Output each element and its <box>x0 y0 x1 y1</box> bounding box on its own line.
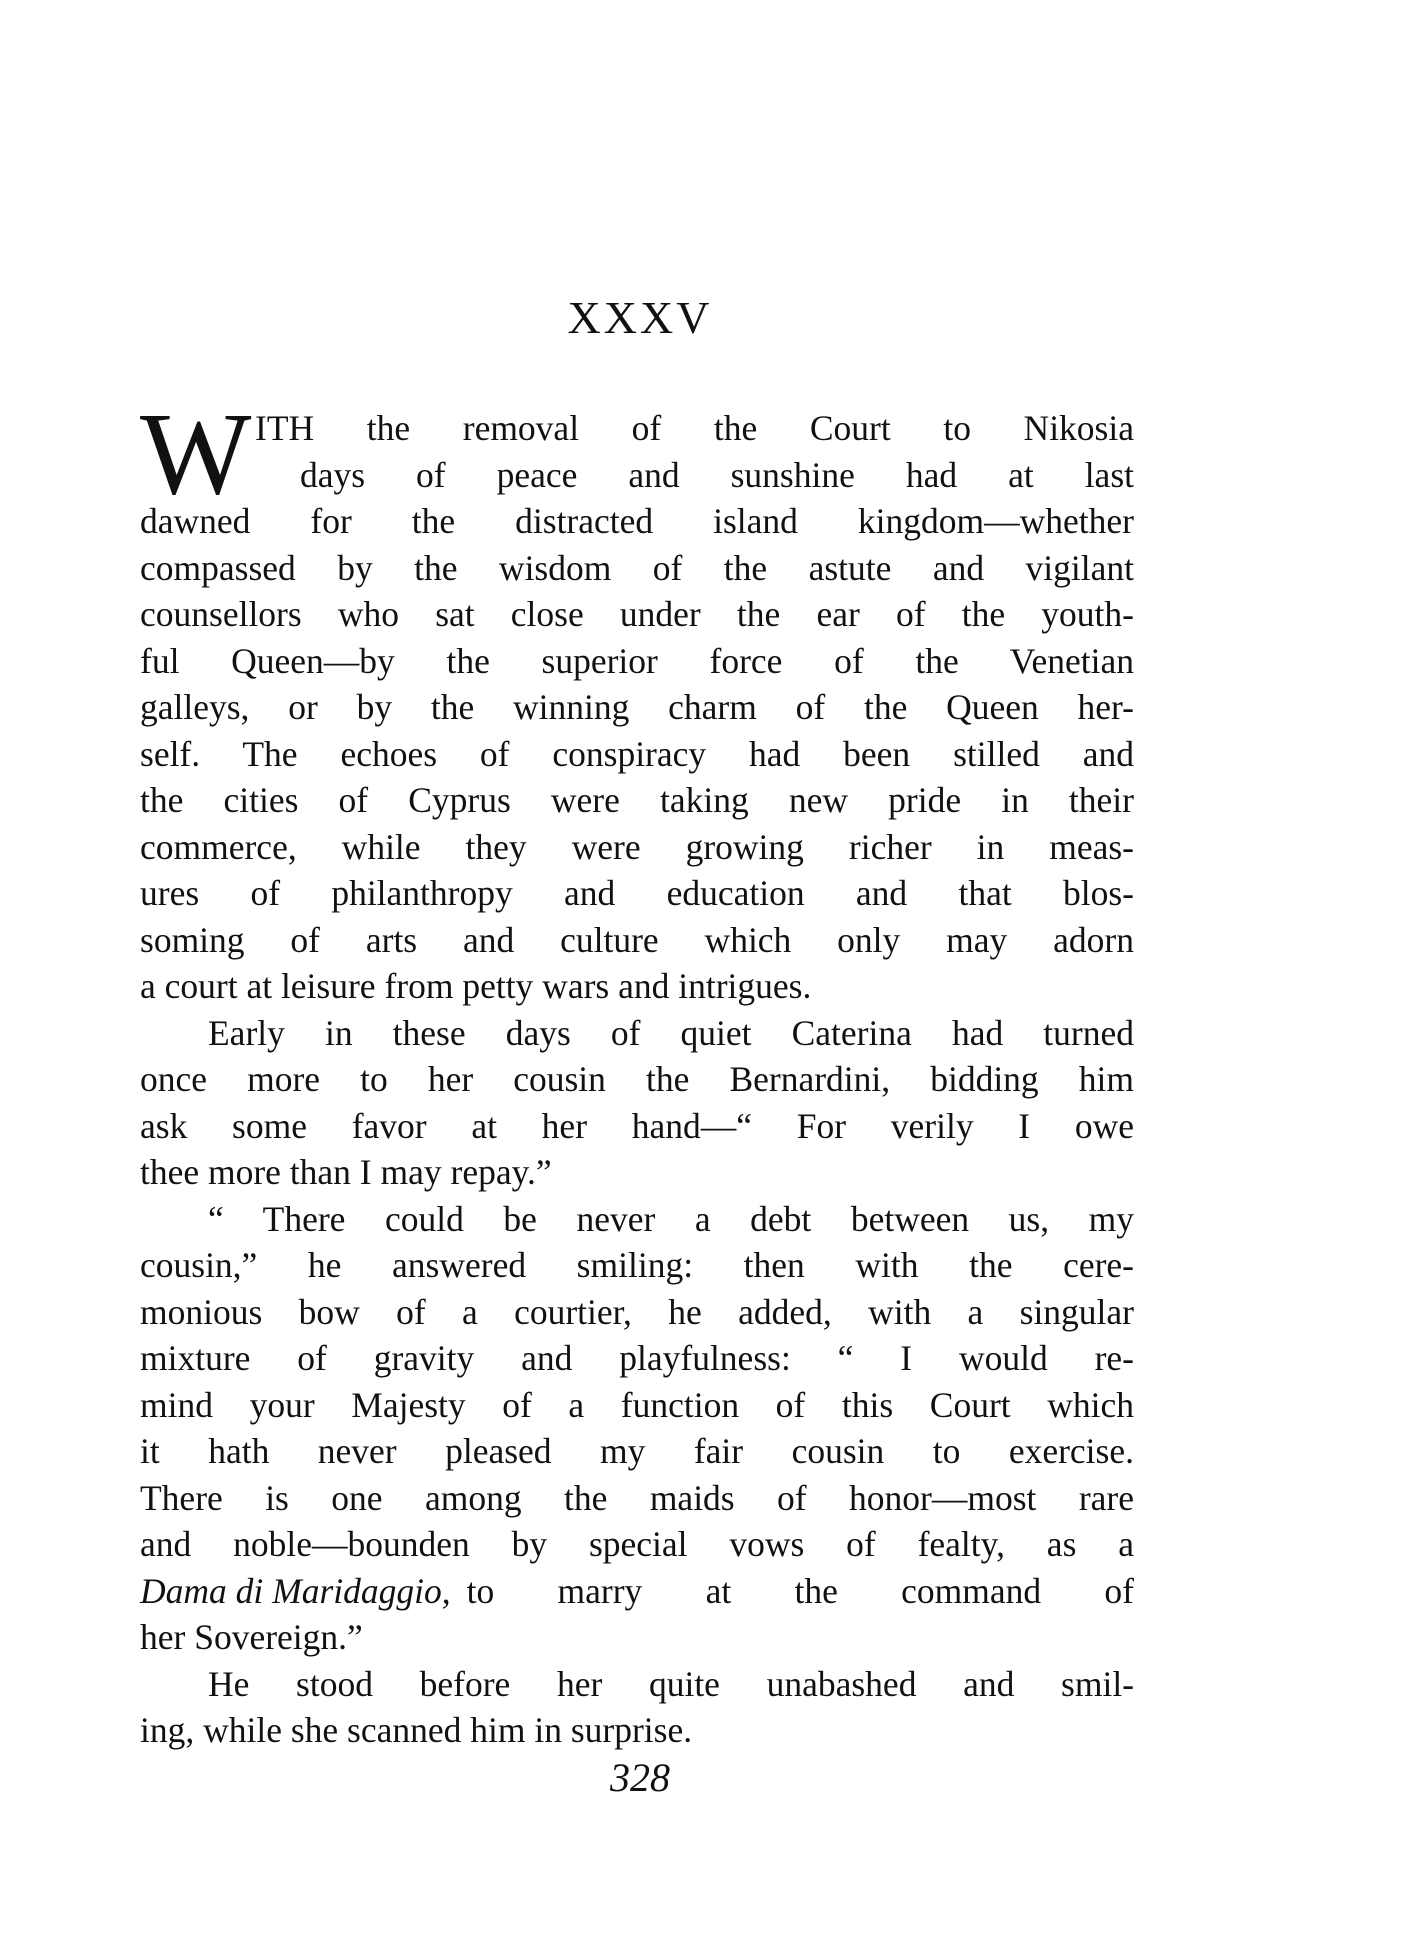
text-line: thee more than I may repay.” <box>140 1149 1134 1196</box>
book-page: XXXV W ITH the removal of the Court to N… <box>0 0 1420 1954</box>
italic-phrase: Dama di Maridaggio, <box>140 1568 451 1615</box>
text-line: dawned for the distracted island kingdom… <box>140 498 1134 545</box>
text-line: ures of philanthropy and education and t… <box>140 870 1134 917</box>
text-line: and noble—bounden by special vows of fea… <box>140 1521 1134 1568</box>
text-line: Dama di Maridaggio,to marry at the comma… <box>140 1568 1134 1615</box>
text-line: There is one among the maids of honor—mo… <box>140 1475 1134 1522</box>
text-line: ing, while she scanned him in surprise. <box>140 1707 1134 1754</box>
text-line: Early in these days of quiet Caterina ha… <box>140 1010 1134 1057</box>
text-line: monious bow of a courtier, he added, wit… <box>140 1289 1134 1336</box>
text-line: once more to her cousin the Bernardini, … <box>140 1056 1134 1103</box>
text-line: the cities of Cyprus were taking new pri… <box>140 777 1134 824</box>
text-line: “ There could be never a debt between us… <box>140 1196 1134 1243</box>
paragraph-3: “ There could be never a debt between us… <box>140 1196 1134 1661</box>
text-line: mixture of gravity and playfulness: “ I … <box>140 1335 1134 1382</box>
text-line: compassed by the wisdom of the astute an… <box>140 545 1134 592</box>
paragraph-1: ITH the removal of the Court to Nikosia … <box>140 405 1134 1010</box>
text-line: mind your Majesty of a function of this … <box>140 1382 1134 1429</box>
page-number: 328 <box>0 1750 1280 1806</box>
paragraph-4: He stood before her quite unabashed and … <box>140 1661 1134 1754</box>
text-line: it hath never pleased my fair cousin to … <box>140 1428 1134 1475</box>
chapter-heading: XXXV <box>0 290 1280 346</box>
text-line: ful Queen—by the superior force of the V… <box>140 638 1134 685</box>
text-line: ITH the removal of the Court to Nikosia <box>140 405 1134 452</box>
text-line: He stood before her quite unabashed and … <box>140 1661 1134 1708</box>
text-line: days of peace and sunshine had at last <box>140 452 1134 499</box>
text-line: counsellors who sat close under the ear … <box>140 591 1134 638</box>
drop-cap: W <box>140 395 249 513</box>
text-line: her Sovereign.” <box>140 1614 1134 1661</box>
text-line: soming of arts and culture which only ma… <box>140 917 1134 964</box>
chapter-text: W ITH the removal of the Court to Nikosi… <box>140 405 1134 1754</box>
paragraph-2: Early in these days of quiet Caterina ha… <box>140 1010 1134 1196</box>
text-line: self. The echoes of conspiracy had been … <box>140 731 1134 778</box>
text-line: ask some favor at her hand—“ For verily … <box>140 1103 1134 1150</box>
text-line: a court at leisure from petty wars and i… <box>140 963 1134 1010</box>
text-line: galleys, or by the winning charm of the … <box>140 684 1134 731</box>
text-line: commerce, while they were growing richer… <box>140 824 1134 871</box>
text-line: cousin,” he answered smiling: then with … <box>140 1242 1134 1289</box>
